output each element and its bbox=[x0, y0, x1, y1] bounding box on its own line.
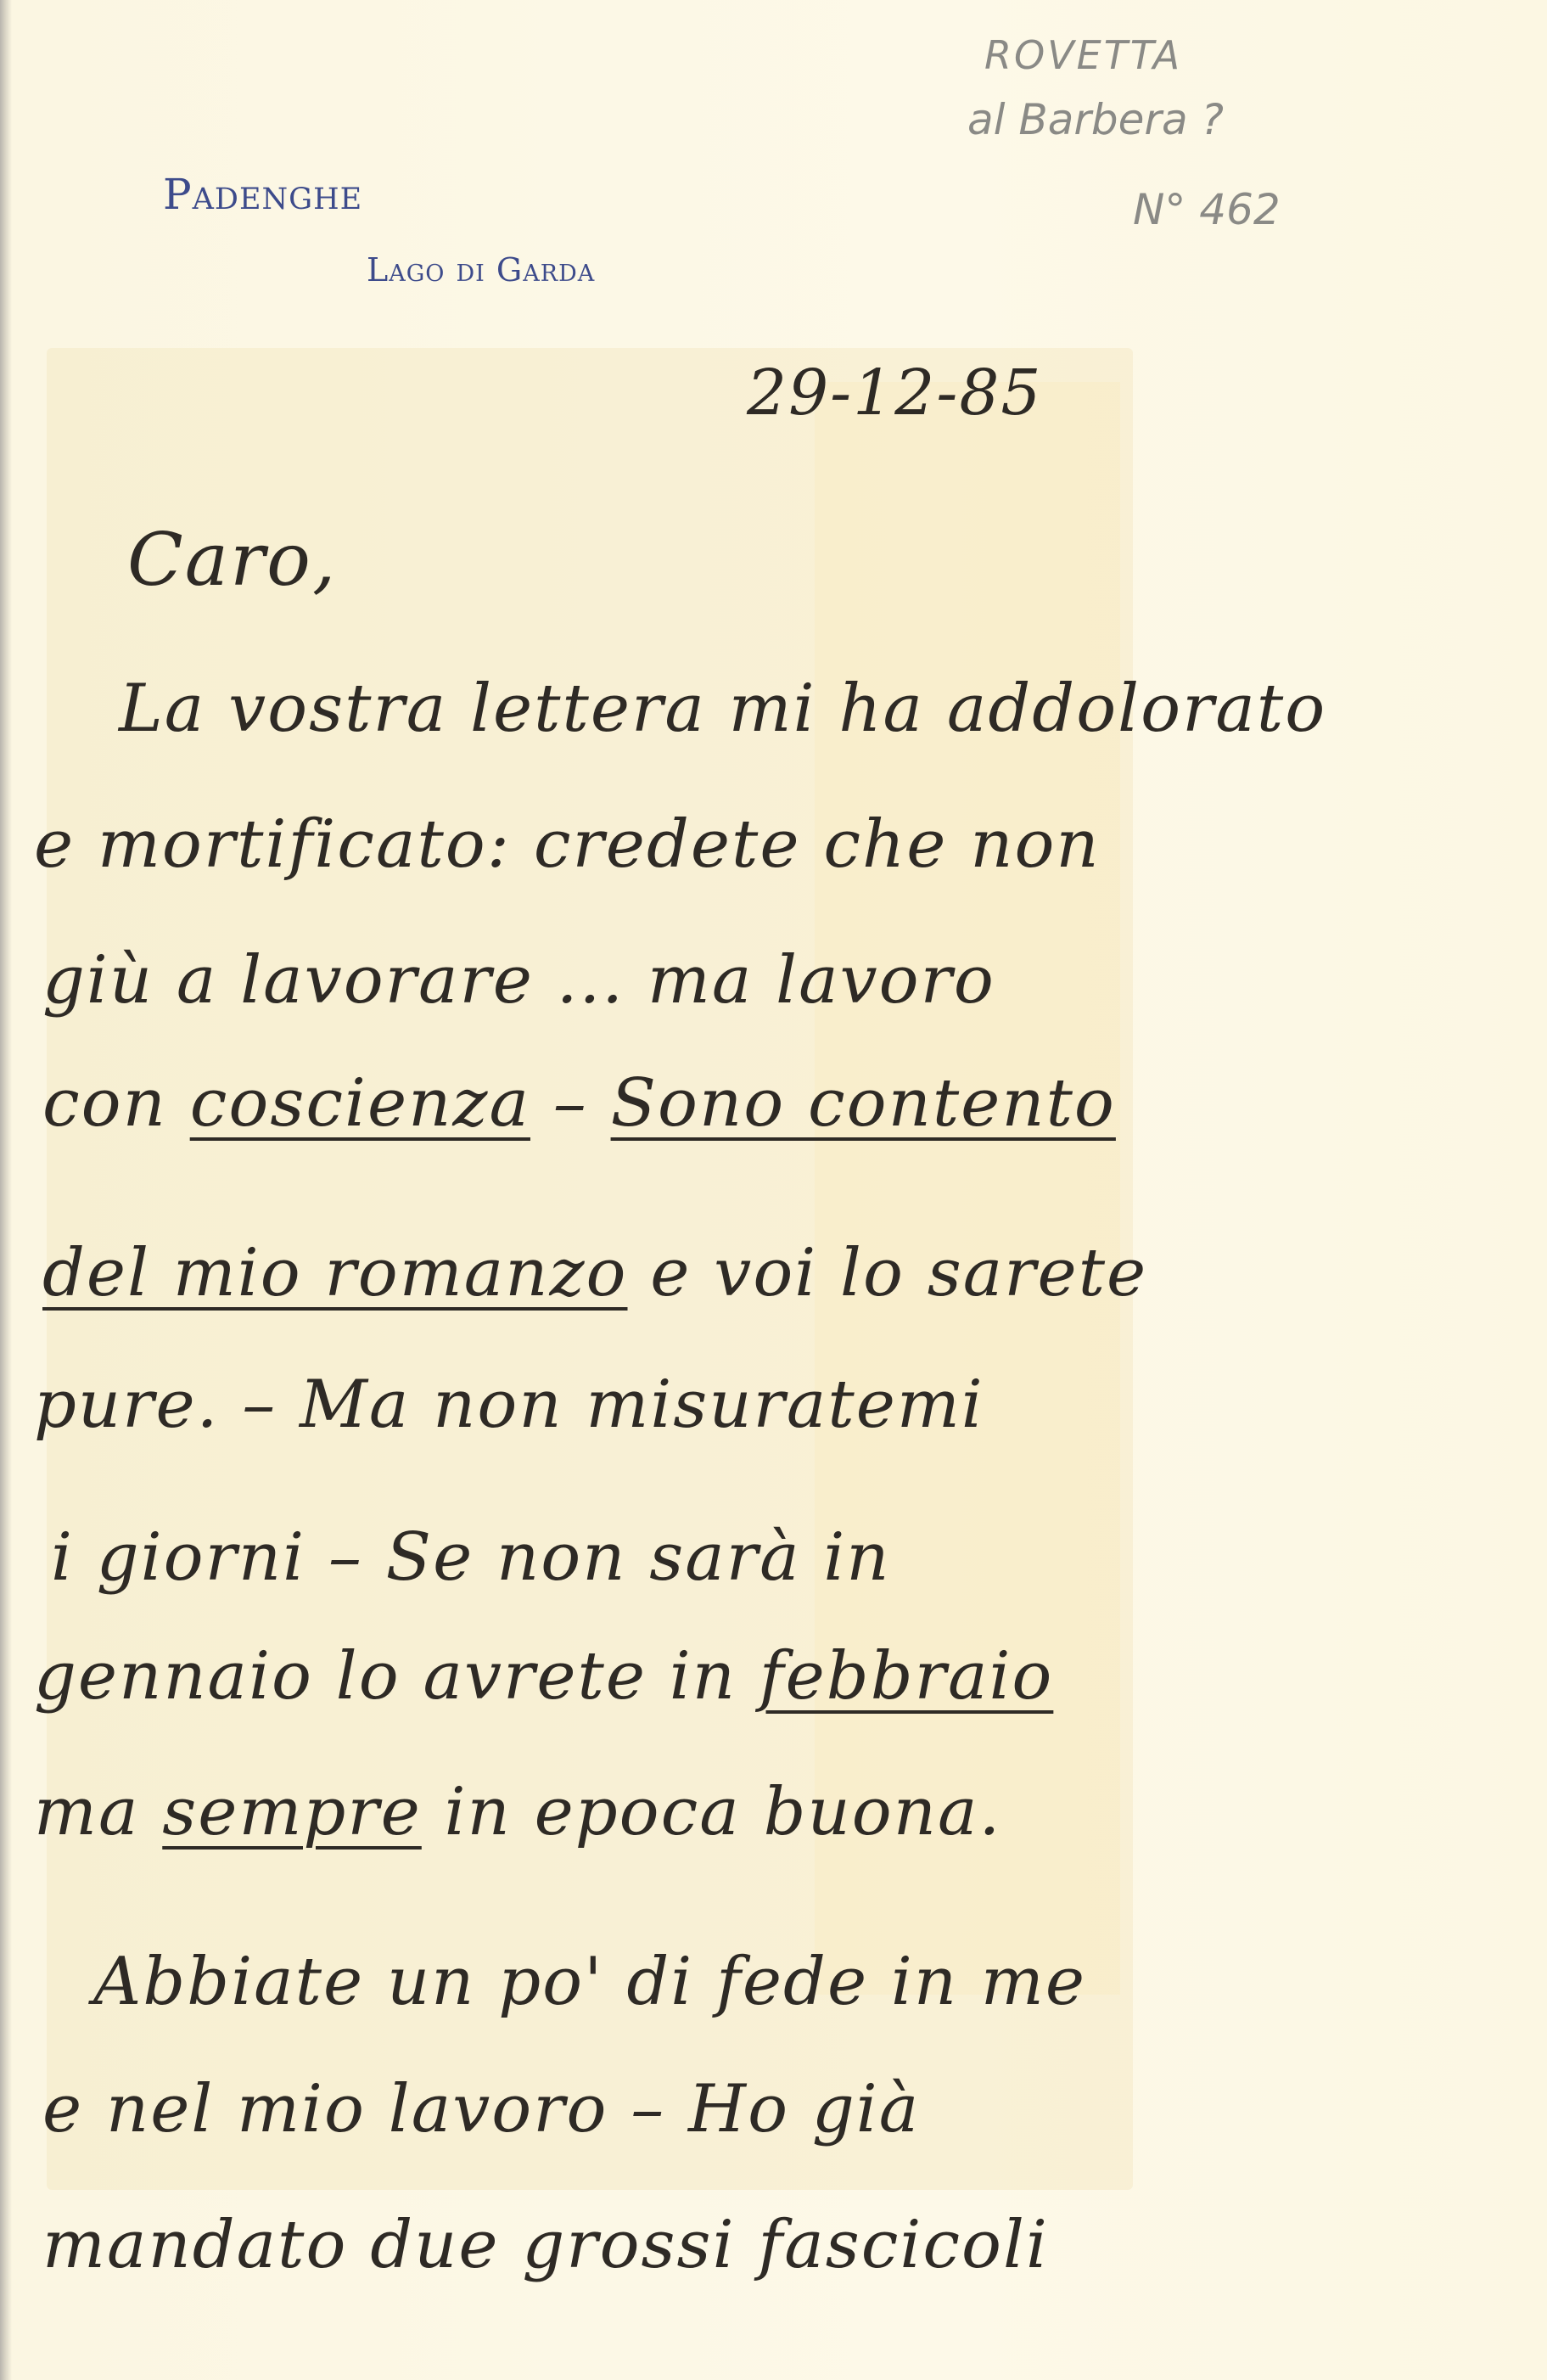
underlined-phrase: sempre bbox=[162, 1774, 422, 1850]
paper-stain bbox=[815, 382, 1120, 1995]
letter-date: 29-12-85 bbox=[747, 356, 1043, 429]
underlined-phrase: del mio romanzo bbox=[42, 1235, 628, 1311]
letterhead-lake: Lago di Garda bbox=[367, 251, 595, 289]
letter-page: Padenghe Lago di Garda ROVETTA al Barber… bbox=[0, 0, 1547, 2380]
letter-line: giù a lavorare ... ma lavoro bbox=[42, 942, 995, 1019]
archival-note-author: ROVETTA bbox=[984, 32, 1182, 78]
text-phrase: pure. – Ma non misuratemi bbox=[34, 1367, 984, 1443]
letter-line: gennaio lo avrete in febbraio bbox=[34, 1638, 1053, 1715]
text-phrase: e nel mio lavoro – Ho già bbox=[42, 2071, 920, 2147]
letter-line: pure. – Ma non misuratemi bbox=[34, 1367, 984, 1443]
letter-line: ma sempre in epoca buona. bbox=[34, 1774, 1001, 1850]
letter-line: e nel mio lavoro – Ho già bbox=[42, 2071, 920, 2147]
text-phrase: con bbox=[42, 1065, 190, 1142]
text-phrase: ma bbox=[34, 1774, 162, 1850]
underlined-phrase: Sono contento bbox=[611, 1065, 1116, 1142]
archival-note-number: N° 462 bbox=[1133, 185, 1281, 234]
underlined-phrase: coscienza bbox=[190, 1065, 530, 1142]
text-phrase: Abbiate un po' di fede in me bbox=[93, 1944, 1086, 2020]
text-phrase: – bbox=[530, 1065, 611, 1142]
text-phrase: i giorni – Se non sarà in bbox=[51, 1519, 891, 1596]
text-phrase: giù a lavorare ... ma lavoro bbox=[42, 942, 995, 1019]
text-phrase: e voi lo sarete bbox=[628, 1235, 1148, 1311]
letter-line: i giorni – Se non sarà in bbox=[51, 1519, 891, 1596]
letter-line: con coscienza – Sono contento bbox=[42, 1065, 1116, 1142]
text-phrase: La vostra lettera mi ha addolorato bbox=[119, 671, 1326, 747]
letter-line: mandato due grossi fascicoli bbox=[42, 2207, 1049, 2283]
letter-line: Abbiate un po' di fede in me bbox=[93, 1944, 1086, 2020]
text-phrase: mandato due grossi fascicoli bbox=[42, 2207, 1049, 2283]
letterhead-town: Padenghe bbox=[163, 170, 362, 219]
text-phrase: gennaio lo avrete in bbox=[34, 1638, 759, 1715]
letter-line: del mio romanzo e voi lo sarete bbox=[42, 1235, 1147, 1311]
underlined-phrase: febbraio bbox=[759, 1638, 1054, 1715]
letter-greeting: Caro, bbox=[127, 518, 337, 603]
archival-note-recipient: al Barbera ? bbox=[967, 95, 1224, 144]
letter-line: La vostra lettera mi ha addolorato bbox=[119, 671, 1326, 747]
text-phrase: e mortificato: credete che non bbox=[34, 806, 1101, 883]
text-phrase: in epoca buona. bbox=[422, 1774, 1001, 1850]
letter-line: e mortificato: credete che non bbox=[34, 806, 1101, 883]
